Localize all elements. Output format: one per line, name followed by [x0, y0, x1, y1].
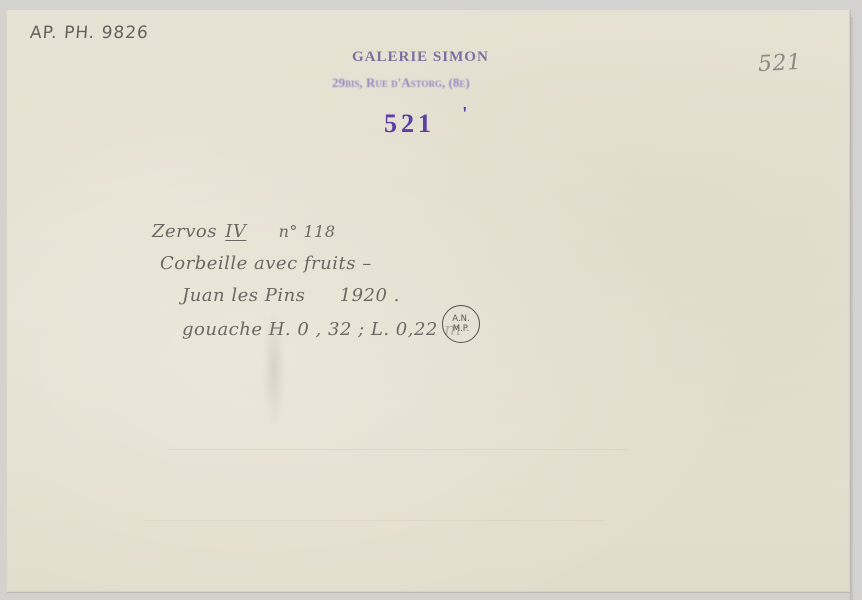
seal-line-1: A.N. — [452, 314, 469, 324]
gallery-stamp-address: 29bis, Rue d'Astorg, (8e) — [332, 75, 470, 91]
archive-seal-stamp: A.N. M.P. — [442, 305, 480, 343]
artwork-year: 1920 . — [340, 285, 400, 306]
show-through-shape — [144, 449, 627, 521]
stamp-mark: ' — [462, 103, 468, 126]
paper-smudge — [262, 309, 286, 429]
catalogue-volume: IV — [225, 221, 246, 242]
gallery-stamp-name: GALERIE SIMON — [352, 49, 489, 66]
place-date-line: Juan les Pins 1920 . — [182, 285, 400, 306]
gallery-stamp-number: 521 — [384, 109, 435, 139]
catalogue-reference-line: Zervos IV n° 118 — [152, 221, 336, 242]
artwork-title: Corbeille avec fruits – — [160, 253, 372, 274]
paper-sheet: AP. PH. 9826 521 GALERIE SIMON 29bis, Ru… — [6, 9, 850, 592]
medium-dimensions: gouache H. 0 , 32 ; L. 0,22 m — [182, 319, 462, 340]
catalogue-title: Zervos — [152, 221, 217, 242]
catalogue-number: n° 118 — [279, 222, 336, 241]
page-number: 521 — [757, 50, 802, 77]
archive-reference: AP. PH. 9826 — [29, 23, 149, 43]
seal-line-2: M.P. — [453, 324, 470, 334]
artwork-place: Juan les Pins — [182, 285, 305, 306]
scanned-document: AP. PH. 9826 521 GALERIE SIMON 29bis, Ru… — [0, 0, 862, 600]
